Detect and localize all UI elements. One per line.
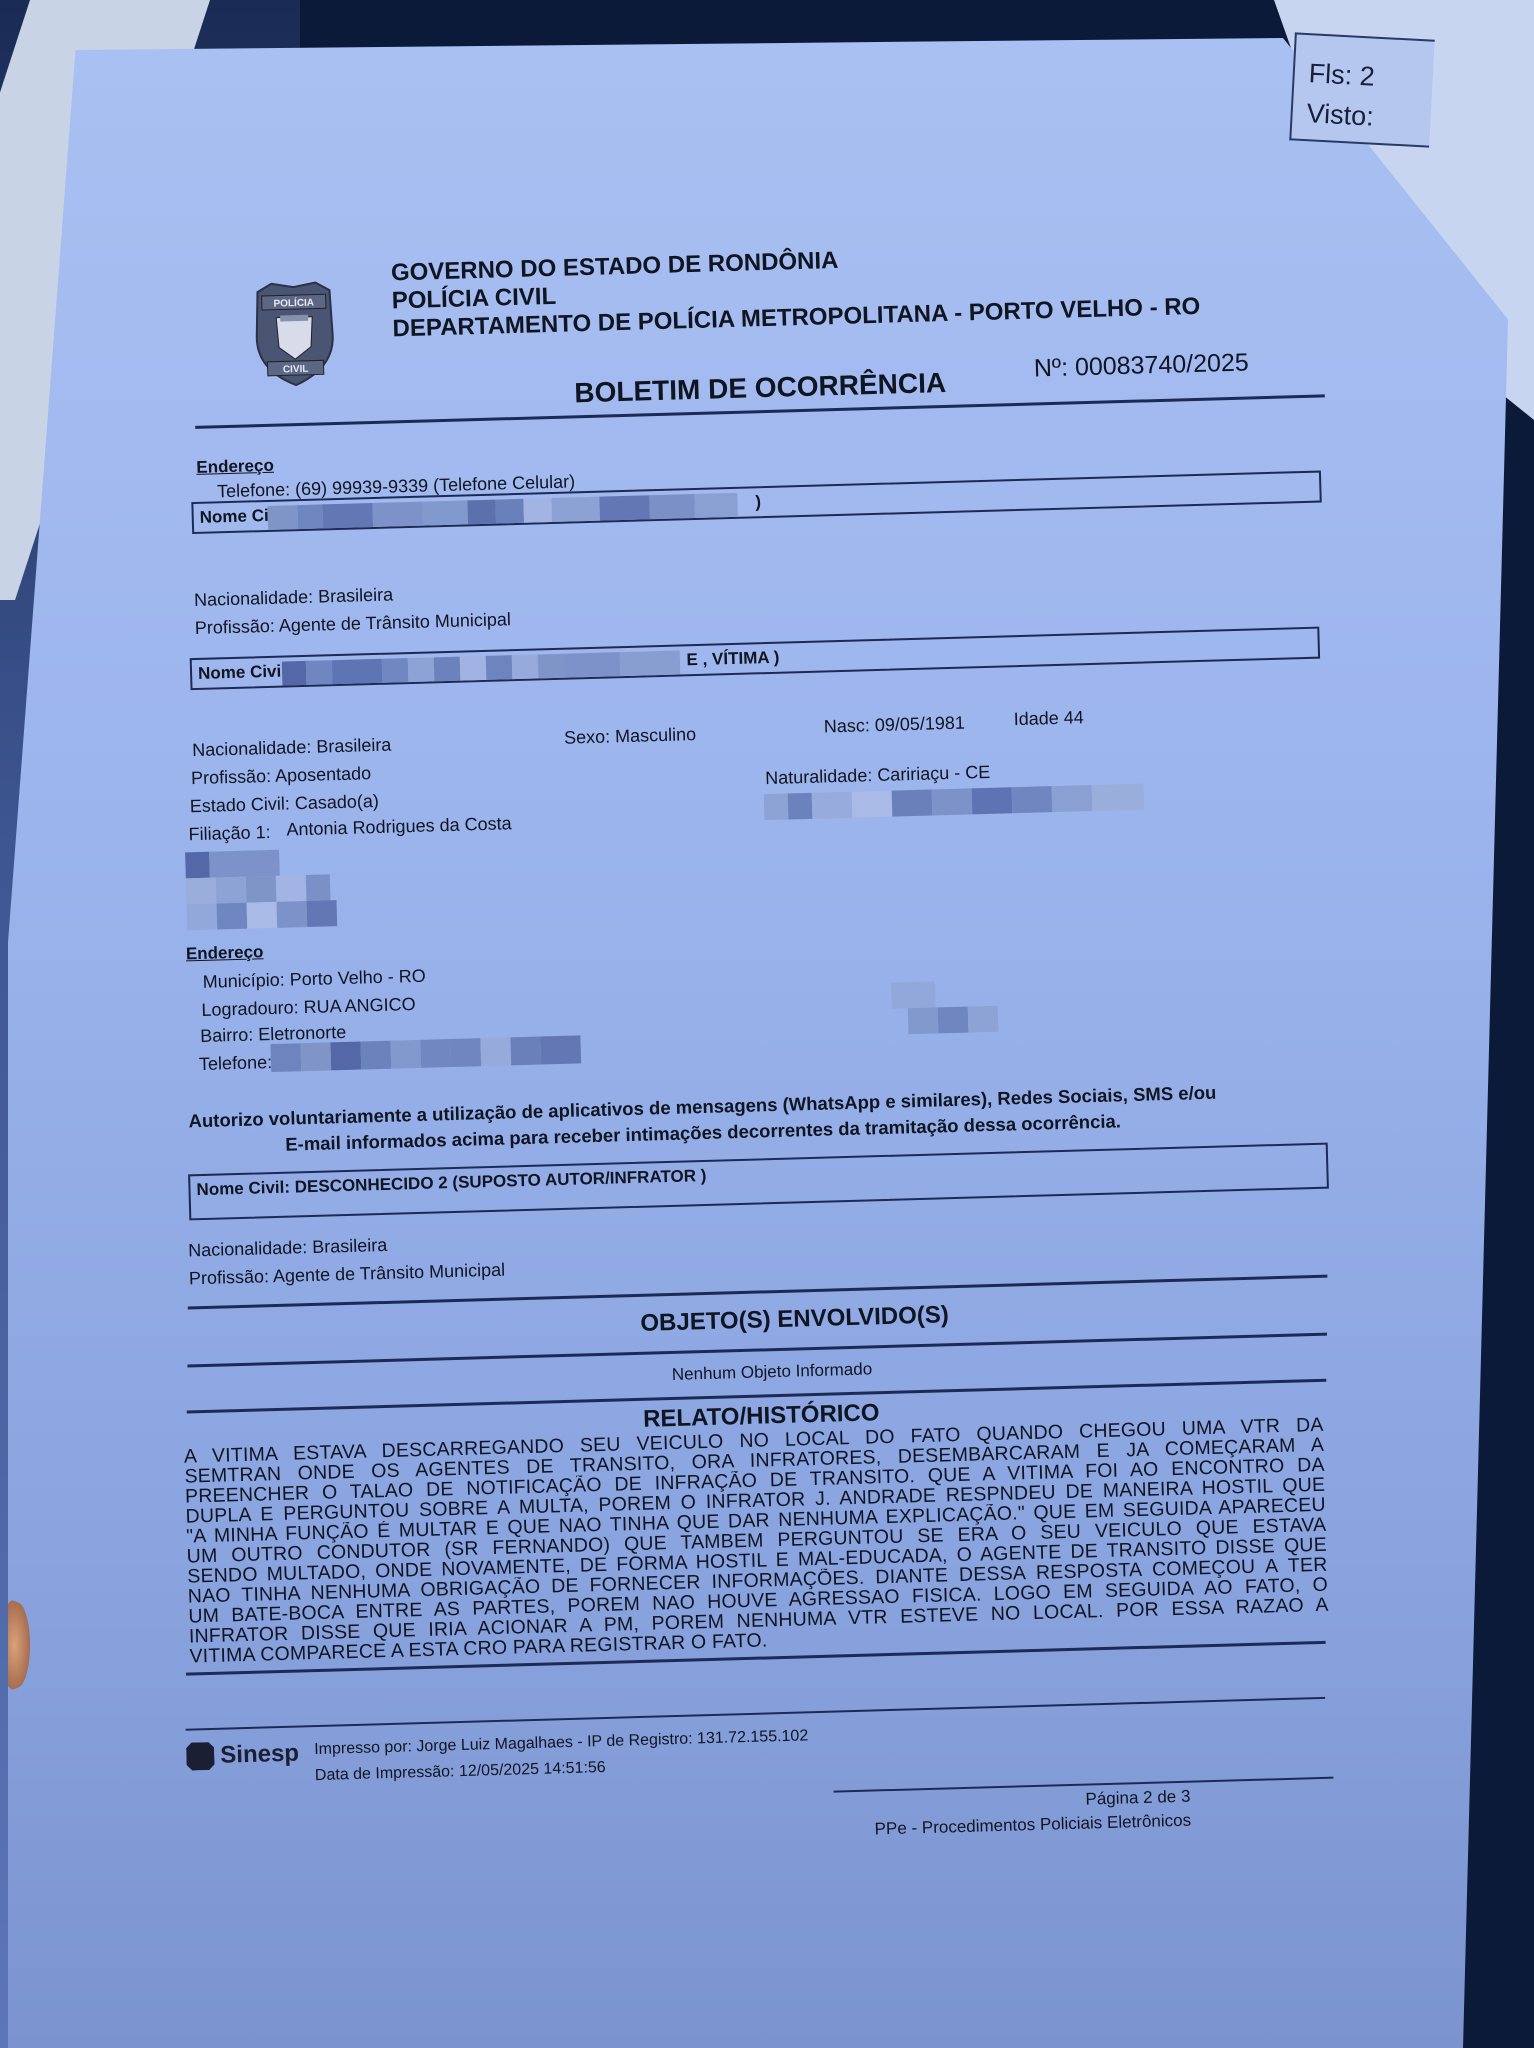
person3-age: Idade 44	[1013, 707, 1084, 730]
person3-nationality: Nacionalidade: Brasileira	[192, 735, 392, 762]
document: POLÍCIA CIVIL GOVERNO DO ESTADO DE RONDÔ…	[190, 208, 1379, 1999]
person2-nationality: Nacionalidade: Brasileira	[194, 584, 394, 611]
sinesp-logo-text: Sinesp	[220, 1740, 299, 1770]
person3-municipality: Município: Porto Velho - RO	[202, 966, 426, 993]
person3-profession: Profissão: Aposentado	[191, 763, 372, 789]
stamp-fls: Fls: 2	[1308, 53, 1434, 99]
document-number: Nº: 00083740/2025	[1034, 348, 1250, 383]
sinesp-logo-icon	[186, 1742, 215, 1771]
person3-filiation-label: Filiação 1:	[188, 822, 271, 845]
header-lines: GOVERNO DO ESTADO DE RONDÔNIA POLÍCIA CI…	[391, 237, 1201, 344]
redacted-right-block	[891, 980, 1002, 1037]
badge-bottom-text: CIVIL	[283, 364, 309, 376]
person3-name-suffix: E , VÍTIMA )	[686, 648, 779, 670]
police-badge-icon: POLÍCIA CIVIL	[251, 276, 338, 388]
person3-birthdate: Nasc: 09/05/1981	[824, 713, 966, 738]
person3-civil-status: Estado Civil: Casado(a)	[190, 791, 380, 817]
person3-phone-label: Telefone:	[199, 1052, 273, 1075]
person3-birthplace: Naturalidade: Caririaçu - CE	[765, 762, 991, 789]
person3-sex: Sexo: Masculino	[564, 724, 697, 749]
relato-text: A VITIMA ESTAVA DESCARREGANDO SEU VEICUL…	[184, 1415, 1330, 1667]
footer-print-info: Impresso por: Jorge Luiz Magalhaes - IP …	[314, 1723, 809, 1789]
person4-name: Nome Civil: DESCONHECIDO 2 (SUPOSTO AUTO…	[196, 1166, 706, 1199]
objects-title: OBJETO(S) ENVOLVIDO(S)	[640, 1301, 949, 1338]
person4-name-box: Nome Civil: DESCONHECIDO 2 (SUPOSTO AUTO…	[188, 1143, 1329, 1221]
badge-top-text: POLÍCIA	[273, 296, 314, 310]
redacted-filiation-2	[764, 784, 1145, 821]
person4-nationality: Nacionalidade: Brasileira	[188, 1235, 388, 1262]
page-stamp: Fls: 2 Visto:	[1289, 32, 1434, 147]
person1-address-label: Endereço	[196, 456, 274, 478]
thumb	[8, 1600, 30, 1690]
redacted-extra-block	[185, 848, 347, 930]
objects-value: Nenhum Objeto Informado	[672, 1359, 873, 1385]
stamp-visto: Visto:	[1306, 93, 1432, 139]
person4-profession: Profissão: Agente de Trânsito Municipal	[189, 1260, 506, 1290]
person2-profession: Profissão: Agente de Trânsito Municipal	[195, 609, 512, 639]
person3-street: Logradouro: RUA ANGICO	[201, 994, 416, 1021]
person2-name-suffix: )	[755, 492, 761, 511]
person3-address-label: Endereço	[186, 942, 264, 964]
document-title: BOLETIM DE OCORRÊNCIA	[574, 367, 947, 409]
person3-name-label: Nome Civil	[198, 661, 286, 682]
person3-filiation-value: Antonia Rodrigues da Costa	[286, 813, 512, 840]
sinesp-logo: Sinesp	[186, 1740, 299, 1771]
footer-right: Página 2 de 3 PPe - Procedimentos Polici…	[874, 1785, 1192, 1842]
